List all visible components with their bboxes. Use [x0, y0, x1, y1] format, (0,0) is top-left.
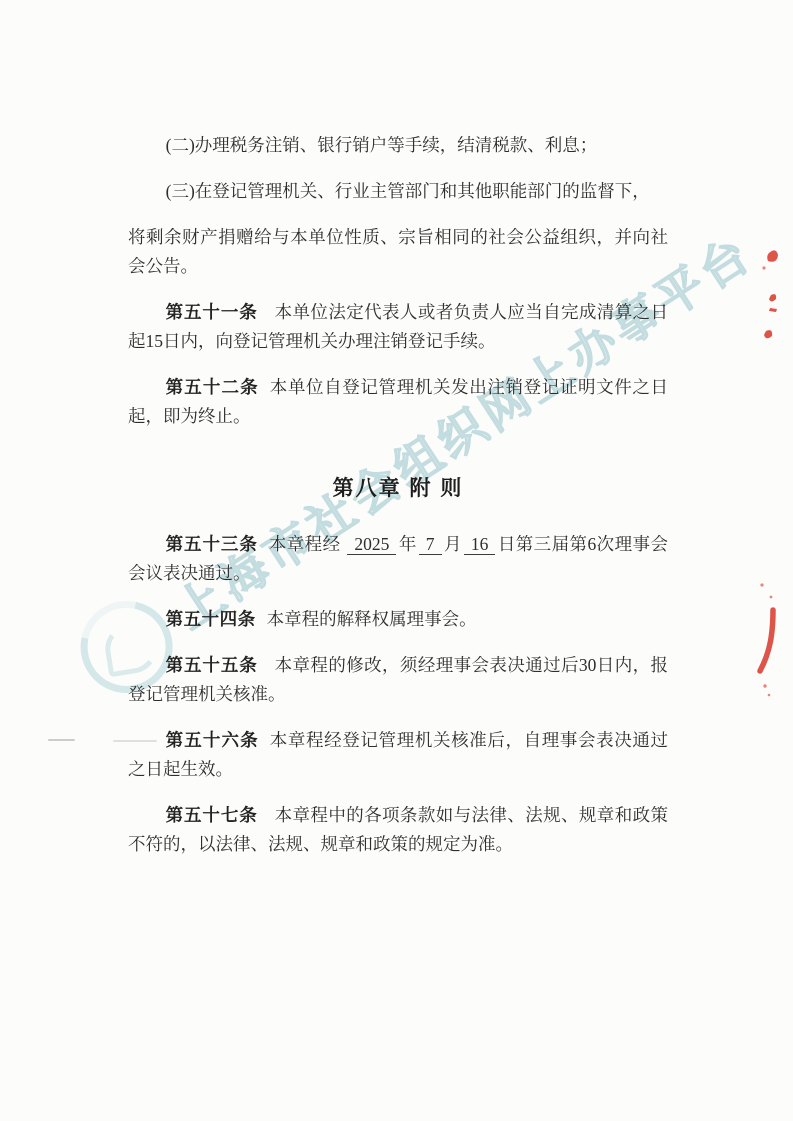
date-day-value: 16	[464, 534, 496, 555]
date-year-value: 2025	[347, 534, 396, 555]
article-number: 第五十五条	[166, 655, 258, 675]
article-number: 第五十三条	[166, 534, 258, 554]
red-ink-marks	[740, 240, 793, 700]
article-number: 第五十一条	[166, 302, 258, 322]
date-month-label: 月	[444, 534, 462, 554]
article-57-paragraph: 第五十七条本章程中的各项条款如与法律、法规、规章和政策不符的，以法律、法规、规章…	[128, 801, 668, 859]
article-56-paragraph: 第五十六条本章程经登记管理机关核准后，自理事会表决通过之日起生效。	[128, 726, 668, 784]
clause-text: 将剩余财产捐赠给与本单位性质、宗旨相同的社会公益组织，并向社会公告。	[128, 227, 668, 276]
chapter-heading: 第八章 附 则	[128, 474, 668, 503]
scan-dash-artifact	[48, 739, 75, 741]
article-51-paragraph: 第五十一条本单位法定代表人或者负责人应当自完成清算之日起15日内，向登记管理机关…	[128, 298, 668, 356]
article-55-paragraph: 第五十五条本章程的修改，须经理事会表决通过后30日内，报登记管理机关核准。	[128, 651, 668, 709]
clause-item-3: (三)在登记管理机关、行业主管部门和其他职能部门的监督下，	[128, 177, 668, 206]
article-number: 第五十二条	[166, 377, 259, 397]
date-year-label: 年	[398, 534, 416, 554]
article-text: 本章程的解释权属理事会。	[267, 609, 477, 629]
article-number: 第五十七条	[166, 805, 258, 825]
scanned-document-page: 上海市社会组织网上办事平台 (二)办理税务注销、银行销户等手续，结清税款、利息；…	[0, 0, 793, 1121]
date-month-value: 7	[419, 534, 442, 555]
article-54-paragraph: 第五十四条本章程的解释权属理事会。	[128, 605, 668, 634]
article-text: 本章程经	[269, 534, 341, 554]
article-number: 第五十六条	[166, 730, 259, 750]
article-number: 第五十四条	[166, 609, 256, 629]
clause-text: (三)在登记管理机关、行业主管部门和其他职能部门的监督下，	[166, 181, 650, 201]
clause-continuation: 将剩余财产捐赠给与本单位性质、宗旨相同的社会公益组织，并向社会公告。	[128, 223, 668, 281]
article-53-paragraph: 第五十三条本章程经 2025年7月16日第三届第6次理事会会议表决通过。	[128, 530, 668, 588]
document-body: (二)办理税务注销、银行销户等手续，结清税款、利息； (三)在登记管理机关、行业…	[128, 131, 668, 876]
clause-text: (二)办理税务注销、银行销户等手续，结清税款、利息；	[166, 135, 598, 155]
article-52-paragraph: 第五十二条本单位自登记管理机关发出注销登记证明文件之日起，即为终止。	[128, 373, 668, 431]
clause-item-2: (二)办理税务注销、银行销户等手续，结清税款、利息；	[128, 131, 668, 160]
